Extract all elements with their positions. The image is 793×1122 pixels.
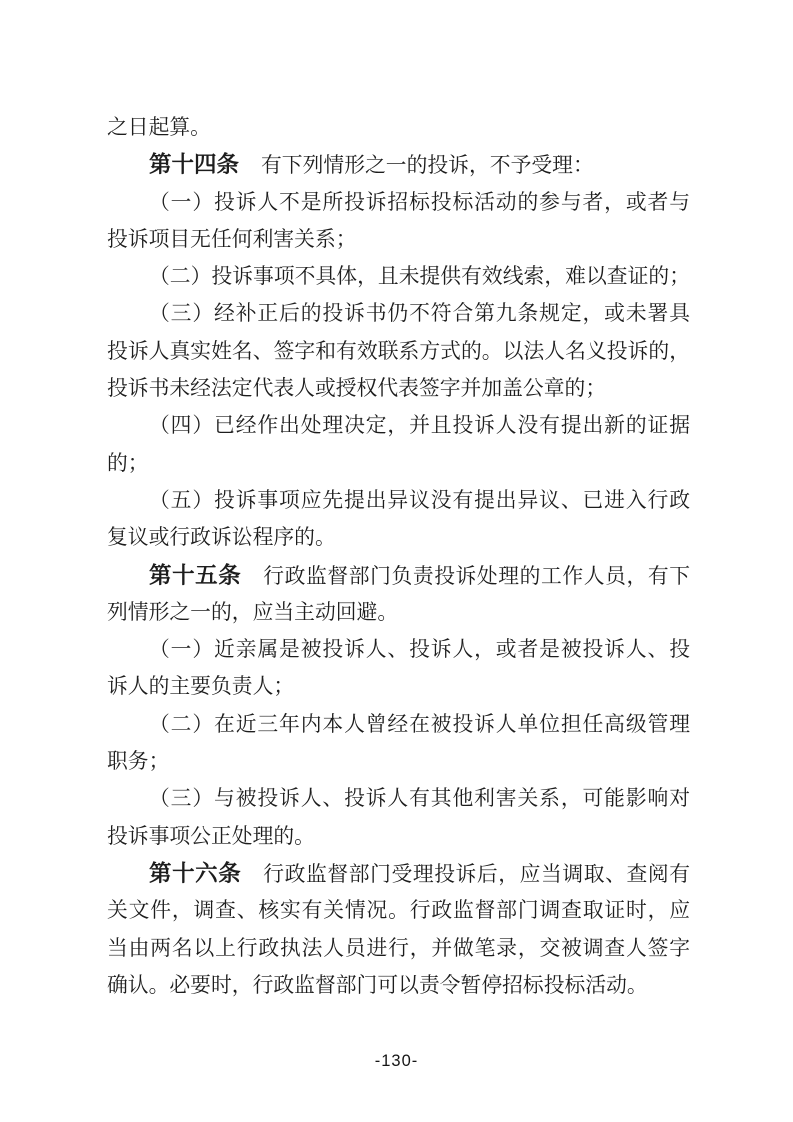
line-text: 有下列情形之一的投诉，不予受理： [261,154,594,177]
line-text: 诉人的主要负责人； [107,675,294,698]
line-text: （一）近亲属是被投诉人、投诉人，或者是被投诉人、投 [149,638,690,661]
text-block: 之日起算。第十四条有下列情形之一的投诉，不予受理：（一）投诉人不是所投诉招标投标… [107,109,690,1004]
line-text: 职务； [107,750,169,773]
line-text: 确认。必要时，行政监督部门可以责令暂停招标投标活动。 [107,974,648,997]
text-line: （四）已经作出处理决定，并且投诉人没有提出新的证据 [107,407,690,444]
article-number: 第十六条 [149,861,241,886]
line-text: 的； [107,452,149,475]
line-text: （一）投诉人不是所投诉招标投标活动的参与者，或者与 [149,191,690,214]
text-line: （二）投诉事项不具体，且未提供有效线索，难以查证的； [107,258,690,295]
text-line: （五）投诉事项应先提出异议没有提出异议、已进入行政 [107,482,690,519]
line-text: （二）在近三年内本人曾经在被投诉人单位担任高级管理 [149,713,690,736]
document-page: 之日起算。第十四条有下列情形之一的投诉，不予受理：（一）投诉人不是所投诉招标投标… [0,0,793,1122]
line-text: 投诉人真实姓名、签字和有效联系方式的。以法人名义投诉的， [107,340,690,363]
line-text: 投诉书未经法定代表人或授权代表签字并加盖公章的； [107,377,606,400]
line-text: 复议或行政诉讼程序的。 [107,526,336,549]
line-text: （三）经补正后的投诉书仍不符合第九条规定，或未署具 [149,302,690,325]
line-text: 投诉项目无任何利害关系； [107,228,357,251]
text-line: 关文件，调查、核实有关情况。行政监督部门调查取证时，应 [107,892,690,929]
text-line: 职务； [107,743,690,780]
text-line: （一）近亲属是被投诉人、投诉人，或者是被投诉人、投 [107,631,690,668]
text-line: 确认。必要时，行政监督部门可以责令暂停招标投标活动。 [107,967,690,1004]
line-text: 关文件，调查、核实有关情况。行政监督部门调查取证时，应 [107,899,690,922]
text-line: 第十五条行政监督部门负责投诉处理的工作人员，有下 [107,557,690,594]
line-text: （五）投诉事项应先提出异议没有提出异议、已进入行政 [149,489,690,512]
page-number: -130- [0,1052,793,1071]
text-line: （二）在近三年内本人曾经在被投诉人单位担任高级管理 [107,706,690,743]
text-line: 列情形之一的，应当主动回避。 [107,594,690,631]
line-text: 列情形之一的，应当主动回避。 [107,601,398,624]
text-line: （三）经补正后的投诉书仍不符合第九条规定，或未署具 [107,295,690,332]
text-line: 投诉人真实姓名、签字和有效联系方式的。以法人名义投诉的， [107,333,690,370]
text-line: 投诉书未经法定代表人或授权代表签字并加盖公章的； [107,370,690,407]
line-text: （二）投诉事项不具体，且未提供有效线索，难以查证的； [149,265,690,288]
text-line: 诉人的主要负责人； [107,668,690,705]
text-line: 投诉项目无任何利害关系； [107,221,690,258]
text-line: 投诉事项公正处理的。 [107,818,690,855]
text-line: 第十六条行政监督部门受理投诉后，应当调取、查阅有 [107,855,690,892]
article-number: 第十四条 [149,152,239,177]
text-line: 当由两名以上行政执法人员进行，并做笔录，交被调查人签字 [107,930,690,967]
text-line: 的； [107,445,690,482]
line-text: 行政监督部门负责投诉处理的工作人员，有下 [263,565,690,588]
text-line: 复议或行政诉讼程序的。 [107,519,690,556]
line-text: 当由两名以上行政执法人员进行，并做笔录，交被调查人签字 [107,937,690,960]
article-number: 第十五条 [149,563,241,588]
text-line: （一）投诉人不是所投诉招标投标活动的参与者，或者与 [107,184,690,221]
line-text: （四）已经作出处理决定，并且投诉人没有提出新的证据 [149,414,690,437]
text-line: 之日起算。 [107,109,690,146]
line-text: 投诉事项公正处理的。 [107,825,315,848]
line-text: （三）与被投诉人、投诉人有其他利害关系，可能影响对 [149,787,690,810]
line-text: 行政监督部门受理投诉后，应当调取、查阅有 [263,863,690,886]
text-line: （三）与被投诉人、投诉人有其他利害关系，可能影响对 [107,780,690,817]
text-line: 第十四条有下列情形之一的投诉，不予受理： [107,146,690,183]
line-text: 之日起算。 [107,116,211,139]
